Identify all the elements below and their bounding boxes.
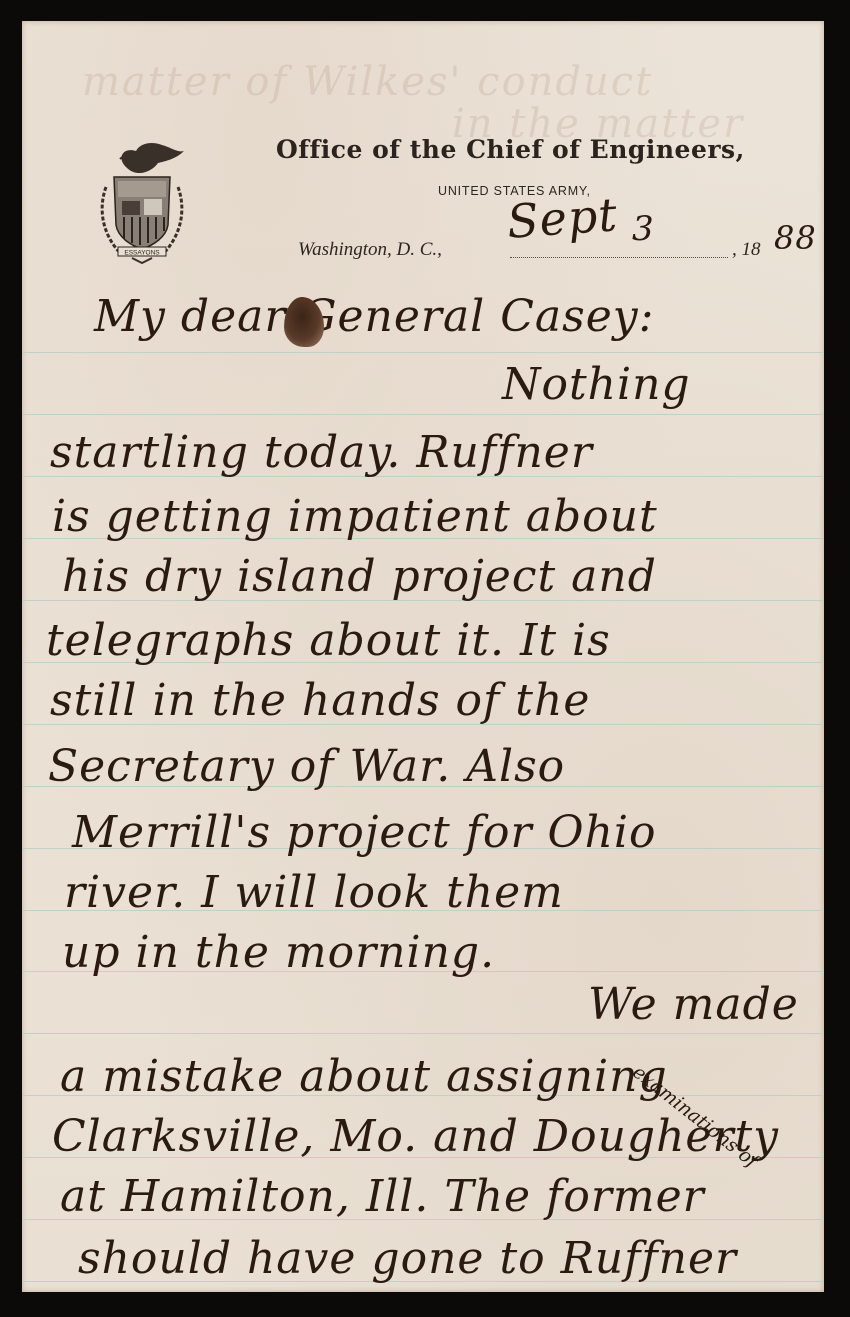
body-line: still in the hands of the [50, 675, 590, 726]
body-line: Nothing [502, 359, 691, 410]
body-line: river. I will look them [64, 867, 564, 918]
date-month: Sept [505, 187, 619, 249]
body-line: up in the morning. [62, 927, 495, 978]
body-line: telegraphs about it. It is [46, 615, 611, 666]
letter-page: matter of Wilkes' conduct in the matter [22, 21, 824, 1292]
engineer-seal-icon: ESSAYONS [96, 139, 188, 265]
body-line: at Hamilton, Ill. The former [60, 1171, 705, 1222]
bleed-through-text: matter of Wilkes' conduct [82, 59, 653, 105]
ruled-line [22, 1033, 824, 1034]
body-line: startling today. Ruffner [50, 427, 593, 478]
salutation: My dear General Casey: [94, 291, 654, 342]
date-year-suffix: 88 [774, 219, 817, 257]
body-line: his dry island project and [62, 551, 657, 602]
letterhead-place: Washington, D. C., [298, 239, 442, 261]
body-line: Secretary of War. Also [48, 741, 565, 792]
body-line: a mistake about assigning [60, 1051, 668, 1102]
letterhead-title: Office of the Chief of Engineers, [276, 135, 745, 164]
svg-text:ESSAYONS: ESSAYONS [124, 250, 160, 257]
letterhead-year-prefix: , 18 [732, 239, 761, 261]
body-line: should have gone to Ruffner [78, 1233, 737, 1284]
body-line: We made [588, 979, 799, 1030]
body-line: is getting impatient about [52, 491, 658, 542]
date-day: 3 [632, 209, 655, 249]
ruled-line [22, 352, 824, 353]
date-fill-line [510, 257, 728, 258]
ruled-line [22, 414, 824, 415]
body-line: Merrill's project for Ohio [72, 807, 657, 858]
body-line: Clarksville, Mo. and Dougherty [52, 1111, 779, 1162]
